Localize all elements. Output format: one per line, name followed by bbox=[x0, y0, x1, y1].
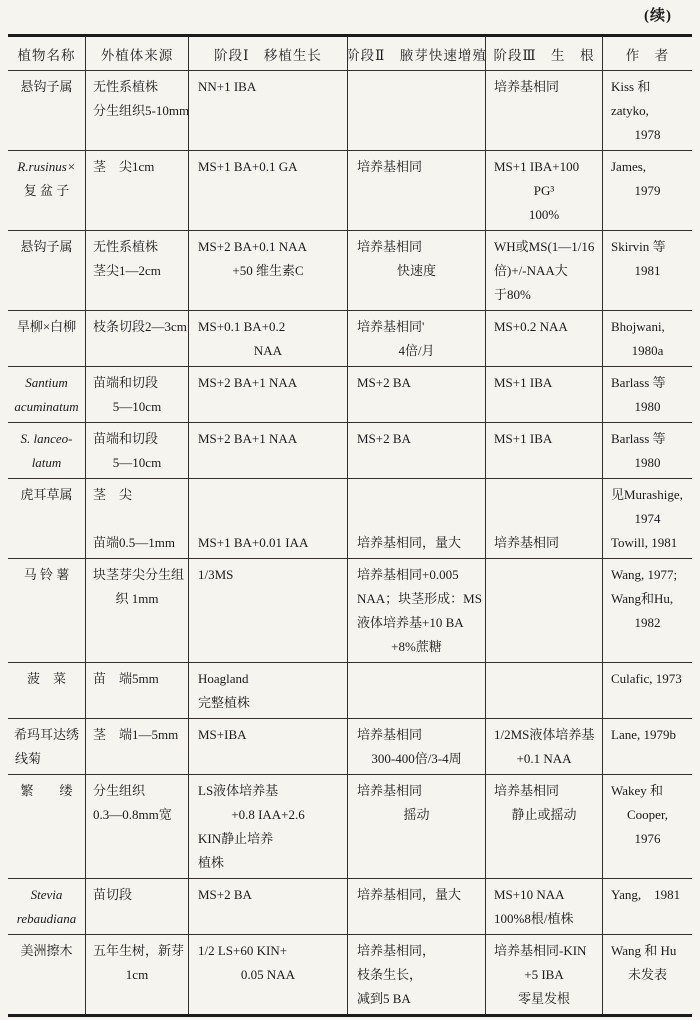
cell-line: zatyko, bbox=[605, 99, 690, 123]
cell-line: 5—10cm bbox=[88, 451, 186, 475]
table-row: 虎耳草属茎 尖 苗端0.5—1mm MS+1 BA+0.01 IAA 培养基相同… bbox=[8, 478, 692, 558]
cell-line: 培养基相同-KIN bbox=[488, 939, 600, 963]
table-cell: 培养基相同 bbox=[347, 151, 485, 230]
table-cell: 培养基相同-KIN+5 IBA零星发根 bbox=[485, 935, 602, 1014]
table-cell: MS+2 BA+1 NAA bbox=[188, 423, 347, 478]
cell-line: +5 IBA bbox=[488, 963, 600, 987]
table-cell: LS液体培养基+0.8 IAA+2.6KIN静止培养植株 bbox=[188, 775, 347, 878]
cell-line: 植株 bbox=[191, 851, 345, 875]
cell-line: 静止或摇动 bbox=[488, 803, 600, 827]
table-cell: Wang 和 Hu未发表 bbox=[602, 935, 692, 1014]
cell-line: 1980 bbox=[605, 395, 690, 419]
table-cell: 菠 菜 bbox=[8, 663, 85, 718]
cell-line: 1974 bbox=[605, 507, 690, 531]
table-cell: S. lanceo-latum bbox=[8, 423, 85, 478]
cell-line: S. lanceo- bbox=[10, 427, 83, 451]
cell-line: 苗端0.5—1mm bbox=[88, 531, 186, 555]
table-cell: James,1979 bbox=[602, 151, 692, 230]
cell-line: MS+10 NAA bbox=[488, 883, 600, 907]
table-cell: MS+2 BA bbox=[347, 423, 485, 478]
table-cell: MS+2 BA bbox=[188, 879, 347, 934]
cell-line: Lane, 1979b bbox=[605, 723, 690, 747]
cell-line: Wang和Hu, bbox=[605, 587, 690, 611]
cell-line: 1cm bbox=[88, 963, 186, 987]
table-cell: MS+1 IBA bbox=[485, 367, 602, 422]
cell-line: PG³ bbox=[488, 179, 600, 203]
table-cell: NN+1 IBA bbox=[188, 71, 347, 150]
cell-line: Santium bbox=[10, 371, 83, 395]
table-cell: MS+1 IBA bbox=[485, 423, 602, 478]
cell-line: 繁 缕 bbox=[10, 779, 83, 803]
table-cell: 虎耳草属 bbox=[8, 479, 85, 558]
cell-line: 1981 bbox=[605, 259, 690, 283]
cell-line: 1980 bbox=[605, 451, 690, 475]
table-cell: 苗 端5mm bbox=[85, 663, 188, 718]
cell-line: 茎尖1—2cm bbox=[88, 259, 186, 283]
cell-line: NAA bbox=[191, 339, 345, 363]
table-cell: 茎 尖1cm bbox=[85, 151, 188, 230]
cell-line: 300-400倍/3-4周 bbox=[350, 747, 483, 771]
cell-line: 4倍/月 bbox=[350, 339, 483, 363]
table-row: Steviarebaudiana苗切段MS+2 BA培养基相同，量大MS+10 … bbox=[8, 878, 692, 934]
cell-line: 培养基相同 bbox=[350, 723, 483, 747]
cell-line: James, bbox=[605, 155, 690, 179]
cell-line: 苗端和切段 bbox=[88, 427, 186, 451]
cell-line: 悬钩子属 bbox=[10, 75, 83, 99]
table-cell: Bhojwani,1980a bbox=[602, 311, 692, 366]
cell-line: MS+2 BA+1 NAA bbox=[191, 371, 345, 395]
table-cell: Kiss 和zatyko,1978 bbox=[602, 71, 692, 150]
cell-line: 1978 bbox=[605, 123, 690, 147]
table-cell: 马 铃 薯 bbox=[8, 559, 85, 662]
cell-line: 1/3MS bbox=[191, 563, 345, 587]
cell-line: 五年生树，新芽 bbox=[88, 939, 186, 963]
table-row: 希玛耳达绣线菊茎 端1—5mmMS+IBA培养基相同300-400倍/3-4周1… bbox=[8, 718, 692, 774]
table-cell: 五年生树，新芽1cm bbox=[85, 935, 188, 1014]
table-row: 马 铃 薯块茎芽尖分生组织 1mm1/3MS培养基相同+0.005NAA；块茎形… bbox=[8, 558, 692, 662]
cell-line: 枝条切段2—3cm bbox=[88, 315, 186, 339]
cell-line: 0.3—0.8mm宽 bbox=[88, 803, 186, 827]
cell-line: MS+IBA bbox=[191, 723, 345, 747]
cell-line: MS+1 BA+0.01 IAA bbox=[191, 531, 345, 555]
table-cell: MS+IBA bbox=[188, 719, 347, 774]
cell-line: Wakey 和 bbox=[605, 779, 690, 803]
cell-line: +0.1 NAA bbox=[488, 747, 600, 771]
cell-line: 线菊 bbox=[10, 747, 83, 771]
cell-line: 培养基相同 bbox=[350, 155, 483, 179]
cell-line: 旱柳×白柳 bbox=[10, 315, 83, 339]
cell-line: 培养基相同 bbox=[488, 779, 600, 803]
cell-line: 快速度 bbox=[350, 259, 483, 283]
table-cell: 块茎芽尖分生组织 1mm bbox=[85, 559, 188, 662]
continued-label: (续) bbox=[644, 4, 672, 25]
cell-line bbox=[488, 483, 600, 507]
table-cell: 悬钩子属 bbox=[8, 231, 85, 310]
cell-line: Cooper, bbox=[605, 803, 690, 827]
cell-line: MS+1 IBA bbox=[488, 427, 600, 451]
cell-line: Kiss 和 bbox=[605, 75, 690, 99]
table-cell: WH或MS(1—1/16倍)+/-NAA大于80% bbox=[485, 231, 602, 310]
cell-line: 100%8根/植株 bbox=[488, 907, 600, 931]
table-cell: 培养基相同 bbox=[485, 71, 602, 150]
table-cell: 苗端和切段5—10cm bbox=[85, 367, 188, 422]
table-row: 繁 缕分生组织0.3—0.8mm宽LS液体培养基+0.8 IAA+2.6KIN静… bbox=[8, 774, 692, 878]
table-cell: 见Murashige,1974Towill, 1981 bbox=[602, 479, 692, 558]
cell-line: 0.05 NAA bbox=[191, 963, 345, 987]
table-cell: MS+0.1 BA+0.2NAA bbox=[188, 311, 347, 366]
column-header: 阶段Ⅲ 生 根 bbox=[485, 37, 602, 70]
cell-line: acuminatum bbox=[10, 395, 83, 419]
table-cell: 美洲擦木 bbox=[8, 935, 85, 1014]
column-header: 作 者 bbox=[602, 37, 692, 70]
table-cell bbox=[347, 663, 485, 718]
table-row: 菠 菜苗 端5mmHoagland完整植株Culafic, 1973 bbox=[8, 662, 692, 718]
table-cell: Culafic, 1973 bbox=[602, 663, 692, 718]
cell-line: 苗 端5mm bbox=[88, 667, 186, 691]
cell-line bbox=[488, 507, 600, 531]
scanned-book-page: (续) 植物名称外植体来源阶段Ⅰ 移植生长阶段Ⅱ 腋芽快速增殖阶段Ⅲ 生 根作 … bbox=[0, 0, 700, 1020]
cell-line: R.rusinus× bbox=[10, 155, 83, 179]
cell-line: 分生组织5-10mm bbox=[88, 99, 186, 123]
table-cell: MS+1 BA+0.1 GA bbox=[188, 151, 347, 230]
cell-line: MS+2 BA bbox=[350, 371, 483, 395]
cell-line: Skirvin 等 bbox=[605, 235, 690, 259]
table-cell: 培养基相同 bbox=[485, 479, 602, 558]
cell-line: 液体培养基+10 BA bbox=[350, 611, 483, 635]
cell-line: 培养基相同+0.005 bbox=[350, 563, 483, 587]
cell-line: +50 维生素C bbox=[191, 259, 345, 283]
table-row: Santiumacuminatum苗端和切段5—10cmMS+2 BA+1 NA… bbox=[8, 366, 692, 422]
table-cell: Wakey 和Cooper,1976 bbox=[602, 775, 692, 878]
column-header: 外植体来源 bbox=[85, 37, 188, 70]
cell-line: 茎 尖 bbox=[88, 483, 186, 507]
cell-line: 复 盆 子 bbox=[10, 179, 83, 203]
cell-line: 1980a bbox=[605, 339, 690, 363]
cell-line: 培养基相同，量大 bbox=[350, 531, 483, 555]
table-cell: 培养基相同，量大 bbox=[347, 879, 485, 934]
cell-line: 培养基相同 bbox=[488, 531, 600, 555]
cell-line: Wang 和 Hu bbox=[605, 939, 690, 963]
table-row: 美洲擦木五年生树，新芽1cm1/2 LS+60 KIN+0.05 NAA培养基相… bbox=[8, 934, 692, 1014]
table-cell: Wang, 1977;Wang和Hu,1982 bbox=[602, 559, 692, 662]
table-cell: 培养基相同，量大 bbox=[347, 479, 485, 558]
cell-line: 零星发根 bbox=[488, 987, 600, 1011]
cell-line: 摇动 bbox=[350, 803, 483, 827]
cell-line: 菠 菜 bbox=[10, 667, 83, 691]
table-cell: 繁 缕 bbox=[8, 775, 85, 878]
table-cell: Yang, 1981 bbox=[602, 879, 692, 934]
table-cell: 培养基相同300-400倍/3-4周 bbox=[347, 719, 485, 774]
cell-line: 苗切段 bbox=[88, 883, 186, 907]
cell-line: Towill, 1981 bbox=[605, 531, 690, 555]
table-row: S. lanceo-latum苗端和切段5—10cmMS+2 BA+1 NAAM… bbox=[8, 422, 692, 478]
cell-line bbox=[350, 507, 483, 531]
cell-line: 分生组织 bbox=[88, 779, 186, 803]
cell-line: 1976 bbox=[605, 827, 690, 851]
cell-line: 1/2MS液体培养基 bbox=[488, 723, 600, 747]
table-cell bbox=[485, 663, 602, 718]
cell-line bbox=[350, 483, 483, 507]
table-row: 悬钩子属无性系植株分生组织5-10mmNN+1 IBA培养基相同Kiss 和za… bbox=[8, 70, 692, 150]
table-cell: Hoagland完整植株 bbox=[188, 663, 347, 718]
cell-line: 茎 尖1cm bbox=[88, 155, 186, 179]
cell-line: 培养基相同' bbox=[350, 315, 483, 339]
table-cell: 培养基相同，枝条生长，减到5 BA bbox=[347, 935, 485, 1014]
table-cell: MS+1 IBA+100PG³100% bbox=[485, 151, 602, 230]
table-cell: 培养基相同摇动 bbox=[347, 775, 485, 878]
column-header: 植物名称 bbox=[8, 37, 85, 70]
table-cell: 培养基相同'4倍/月 bbox=[347, 311, 485, 366]
table-cell: R.rusinus×复 盆 子 bbox=[8, 151, 85, 230]
cell-line: 培养基相同 bbox=[488, 75, 600, 99]
cell-line: 块茎芽尖分生组 bbox=[88, 563, 186, 587]
table-cell: 希玛耳达绣线菊 bbox=[8, 719, 85, 774]
cell-line: Hoagland bbox=[191, 667, 345, 691]
cell-line: 见Murashige, bbox=[605, 483, 690, 507]
cell-line bbox=[191, 483, 345, 507]
table-cell: 1/2MS液体培养基+0.1 NAA bbox=[485, 719, 602, 774]
table-cell: 茎 端1—5mm bbox=[85, 719, 188, 774]
table-cell: 悬钩子属 bbox=[8, 71, 85, 150]
table-cell: MS+10 NAA100%8根/植株 bbox=[485, 879, 602, 934]
table-cell: 苗端和切段5—10cm bbox=[85, 423, 188, 478]
cell-line: 1/2 LS+60 KIN+ bbox=[191, 939, 345, 963]
cell-line: 无性系植株 bbox=[88, 235, 186, 259]
cell-line: 倍)+/-NAA大 bbox=[488, 259, 600, 283]
table-cell: 无性系植株分生组织5-10mm bbox=[85, 71, 188, 150]
table-cell: 苗切段 bbox=[85, 879, 188, 934]
table-cell: 旱柳×白柳 bbox=[8, 311, 85, 366]
cell-line: 马 铃 薯 bbox=[10, 563, 83, 587]
table-header-row: 植物名称外植体来源阶段Ⅰ 移植生长阶段Ⅱ 腋芽快速增殖阶段Ⅲ 生 根作 者 bbox=[8, 37, 692, 70]
cell-line: Wang, 1977; bbox=[605, 563, 690, 587]
cell-line: MS+1 IBA bbox=[488, 371, 600, 395]
cell-line: MS+0.1 BA+0.2 bbox=[191, 315, 345, 339]
table-cell: 培养基相同+0.005NAA；块茎形成：MS液体培养基+10 BA+8%蔗糖 bbox=[347, 559, 485, 662]
table-cell: Steviarebaudiana bbox=[8, 879, 85, 934]
cell-line: 1982 bbox=[605, 611, 690, 635]
table-row: R.rusinus×复 盆 子茎 尖1cmMS+1 BA+0.1 GA培养基相同… bbox=[8, 150, 692, 230]
cell-line: Yang, 1981 bbox=[605, 883, 690, 907]
cell-line: Culafic, 1973 bbox=[605, 667, 690, 691]
table-cell: MS+2 BA bbox=[347, 367, 485, 422]
table-cell: Lane, 1979b bbox=[602, 719, 692, 774]
cell-line: Stevia bbox=[10, 883, 83, 907]
cell-line: +8%蔗糖 bbox=[350, 635, 483, 659]
cell-line: WH或MS(1—1/16 bbox=[488, 235, 600, 259]
cell-line: latum bbox=[10, 451, 83, 475]
table-cell: 分生组织0.3—0.8mm宽 bbox=[85, 775, 188, 878]
cell-line bbox=[88, 507, 186, 531]
cell-line: 100% bbox=[488, 203, 600, 227]
table-cell: 1/3MS bbox=[188, 559, 347, 662]
cell-line: 苗端和切段 bbox=[88, 371, 186, 395]
cell-line: NN+1 IBA bbox=[191, 75, 345, 99]
cell-line: 1979 bbox=[605, 179, 690, 203]
cell-line: MS+2 BA bbox=[350, 427, 483, 451]
cell-line: Barlass 等 bbox=[605, 427, 690, 451]
cell-line: MS+1 IBA+100 bbox=[488, 155, 600, 179]
table-cell: 培养基相同静止或摇动 bbox=[485, 775, 602, 878]
cell-line: 培养基相同 bbox=[350, 235, 483, 259]
table-cell: Barlass 等1980 bbox=[602, 367, 692, 422]
cell-line bbox=[191, 507, 345, 531]
table: 植物名称外植体来源阶段Ⅰ 移植生长阶段Ⅱ 腋芽快速增殖阶段Ⅲ 生 根作 者悬钩子… bbox=[8, 34, 692, 1017]
cell-line: MS+2 BA+1 NAA bbox=[191, 427, 345, 451]
cell-line: 枝条生长， bbox=[350, 963, 483, 987]
cell-line: 完整植株 bbox=[191, 691, 345, 715]
cell-line: 无性系植株 bbox=[88, 75, 186, 99]
cell-line: Barlass 等 bbox=[605, 371, 690, 395]
cell-line: KIN静止培养 bbox=[191, 827, 345, 851]
cell-line: 茎 端1—5mm bbox=[88, 723, 186, 747]
table-row: 悬钩子属无性系植株茎尖1—2cmMS+2 BA+0.1 NAA+50 维生素C培… bbox=[8, 230, 692, 310]
table-cell: MS+0.2 NAA bbox=[485, 311, 602, 366]
cell-line: 培养基相同， bbox=[350, 939, 483, 963]
table-cell: MS+2 BA+0.1 NAA+50 维生素C bbox=[188, 231, 347, 310]
table-cell bbox=[347, 71, 485, 150]
cell-line: MS+2 BA+0.1 NAA bbox=[191, 235, 345, 259]
cell-line: MS+2 BA bbox=[191, 883, 345, 907]
cell-line: 于80% bbox=[488, 283, 600, 307]
cell-line: 培养基相同，量大 bbox=[350, 883, 483, 907]
table-cell: Skirvin 等1981 bbox=[602, 231, 692, 310]
cell-line: 5—10cm bbox=[88, 395, 186, 419]
cell-line: LS液体培养基 bbox=[191, 779, 345, 803]
table-cell: MS+1 BA+0.01 IAA bbox=[188, 479, 347, 558]
cell-line: 希玛耳达绣 bbox=[10, 723, 83, 747]
table-cell: Santiumacuminatum bbox=[8, 367, 85, 422]
column-header: 阶段Ⅰ 移植生长 bbox=[188, 37, 347, 70]
cell-line: 美洲擦木 bbox=[10, 939, 83, 963]
cell-line: 虎耳草属 bbox=[10, 483, 83, 507]
table-cell: 茎 尖 苗端0.5—1mm bbox=[85, 479, 188, 558]
cell-line: 织 1mm bbox=[88, 587, 186, 611]
table-cell: 培养基相同快速度 bbox=[347, 231, 485, 310]
cell-line: +0.8 IAA+2.6 bbox=[191, 803, 345, 827]
table-cell bbox=[485, 559, 602, 662]
cell-line: NAA；块茎形成：MS bbox=[350, 587, 483, 611]
cell-line: 未发表 bbox=[605, 963, 690, 987]
table-cell: Barlass 等1980 bbox=[602, 423, 692, 478]
table-cell: 1/2 LS+60 KIN+0.05 NAA bbox=[188, 935, 347, 1014]
cell-line: 减到5 BA bbox=[350, 987, 483, 1011]
cell-line: Bhojwani, bbox=[605, 315, 690, 339]
cell-line: MS+1 BA+0.1 GA bbox=[191, 155, 345, 179]
cell-line: 悬钩子属 bbox=[10, 235, 83, 259]
table-cell: MS+2 BA+1 NAA bbox=[188, 367, 347, 422]
cell-line: rebaudiana bbox=[10, 907, 83, 931]
column-header: 阶段Ⅱ 腋芽快速增殖 bbox=[347, 37, 485, 70]
table-row: 旱柳×白柳枝条切段2—3cmMS+0.1 BA+0.2NAA培养基相同'4倍/月… bbox=[8, 310, 692, 366]
cell-line: 培养基相同 bbox=[350, 779, 483, 803]
table-cell: 无性系植株茎尖1—2cm bbox=[85, 231, 188, 310]
table-cell: 枝条切段2—3cm bbox=[85, 311, 188, 366]
cell-line: MS+0.2 NAA bbox=[488, 315, 600, 339]
